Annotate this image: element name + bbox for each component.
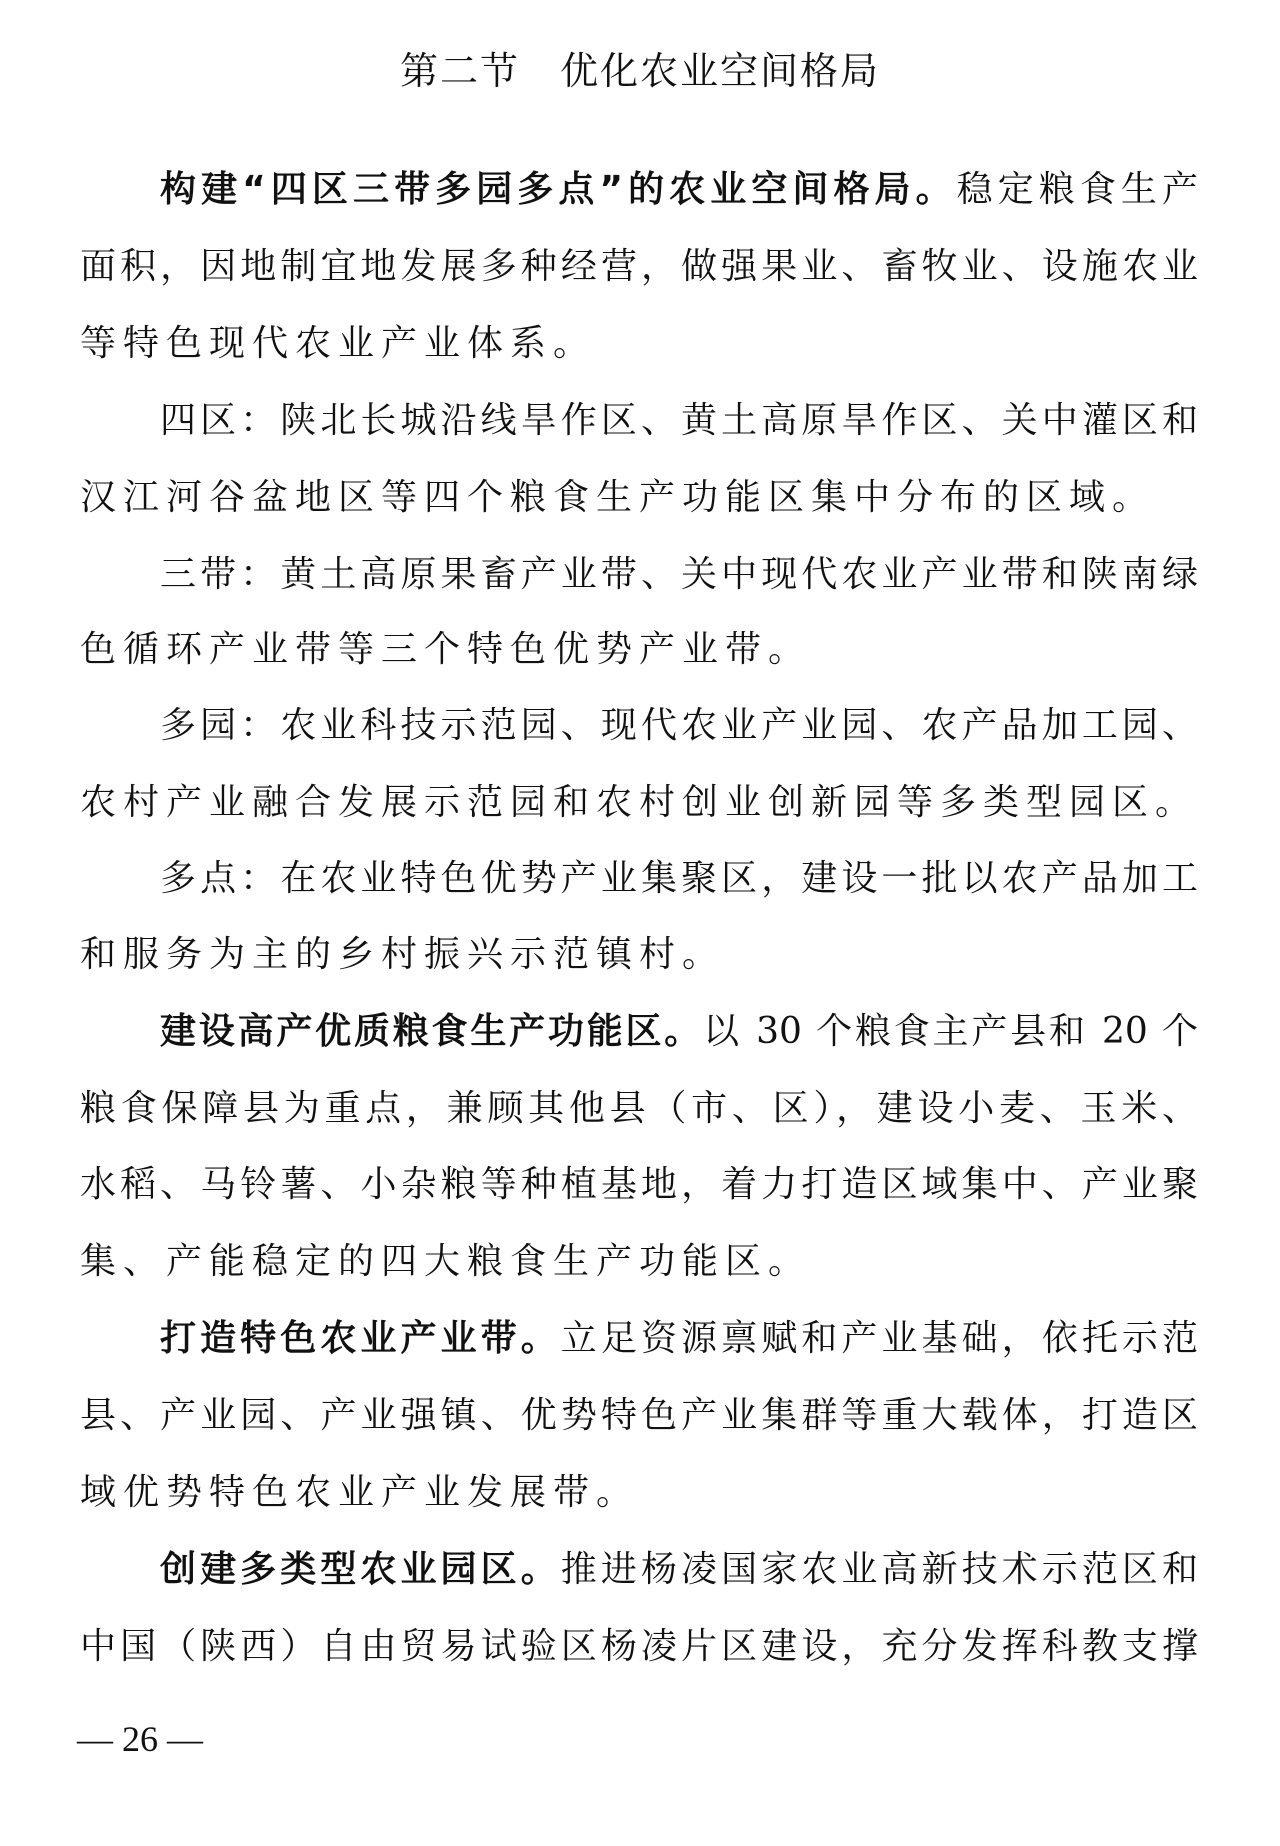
paragraph-line: 打造特色农业产业带。立足资源禀赋和产业基础，依托示范	[160, 1317, 1198, 1361]
paragraph-line: 域优势特色农业产业发展带。	[80, 1471, 1198, 1515]
paragraph-lead: 打造特色农业产业带。	[160, 1318, 561, 1359]
section-heading: 优化农业空间格局	[560, 49, 880, 93]
paragraph-line: 色循环产业带等三个特色优势产业带。	[80, 628, 1198, 672]
paragraph-line: 构建“四区三带多园多点”的农业空间格局。稳定粮食生产	[160, 168, 1198, 212]
paragraph-line: 和服务为主的乡村振兴示范镇村。	[80, 933, 1198, 977]
paragraph-line: 汉江河谷盆地区等四个粮食生产功能区集中分布的区域。	[80, 476, 1198, 520]
paragraph-line: 粮食保障县为重点，兼顾其他县（市、区），建设小麦、玉米、	[80, 1087, 1198, 1131]
paragraph-lead: 创建多类型农业园区。	[160, 1549, 561, 1590]
paragraph-line: 集、产能稳定的四大粮食生产功能区。	[80, 1240, 1198, 1284]
paragraph-line: 四区：陕北长城沿线旱作区、黄土高原旱作区、关中灌区和	[160, 399, 1198, 443]
paragraph-line: 面积，因地制宜地发展多种经营，做强果业、畜牧业、设施农业	[80, 245, 1198, 289]
paragraph-line: 多点：在农业特色优势产业集聚区，建设一批以农产品加工	[160, 857, 1198, 901]
paragraph-lead: 建设高产优质粮食生产功能区。	[160, 1011, 703, 1052]
paragraph-line: 等特色现代农业产业体系。	[80, 322, 1198, 366]
paragraph-line: 三带：黄土高原果畜产业带、关中现代农业产业带和陕南绿	[160, 553, 1198, 597]
paragraph-lead: 构建“四区三带多园多点”的农业空间格局。	[160, 169, 957, 210]
paragraph-line: 建设高产优质粮食生产功能区。以 30 个粮食主产县和 20 个	[160, 1010, 1198, 1054]
section-title: 第二节优化农业空间格局	[0, 40, 1280, 95]
paragraph-line: 县、产业园、产业强镇、优势特色产业集群等重大载体，打造区	[80, 1394, 1198, 1438]
paragraph-line: 水稻、马铃薯、小杂粮等种植基地，着力打造区域集中、产业聚	[80, 1163, 1198, 1207]
page-number: — 26 —	[77, 1718, 203, 1760]
paragraph-line: 多园：农业科技示范园、现代农业产业园、农产品加工园、	[160, 704, 1198, 748]
paragraph-line: 创建多类型农业园区。推进杨凌国家农业高新技术示范区和	[160, 1548, 1198, 1592]
paragraph-line: 农村产业融合发展示范园和农村创业创新园等多类型园区。	[80, 781, 1198, 825]
section-number: 第二节	[400, 49, 520, 93]
paragraph-line: 中国（陕西）自由贸易试验区杨凌片区建设，充分发挥科教支撑	[80, 1625, 1198, 1669]
